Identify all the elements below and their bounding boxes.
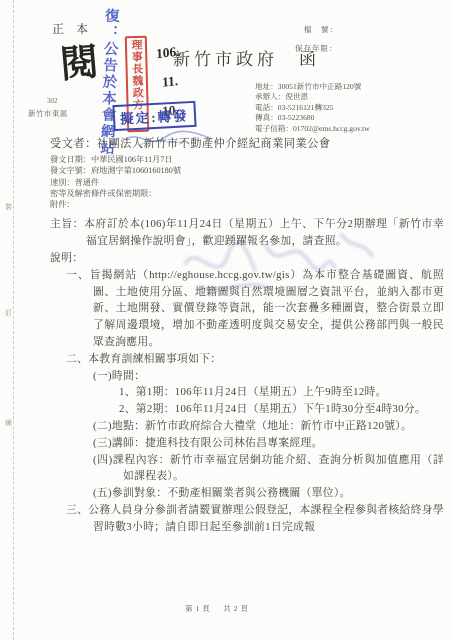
recipient-address-line: 新竹市東區	[28, 108, 68, 119]
doc-number-line: 發文字號：府地測字第1060160180號	[50, 165, 444, 176]
paragraph-label: (四)	[93, 454, 113, 466]
paragraph-label: 三、	[66, 504, 88, 516]
paragraph-label: 說明：	[50, 252, 83, 264]
binding-char: 線	[5, 418, 12, 428]
paragraph-label: 1、	[119, 386, 136, 398]
paragraph-text: 地點：新竹市政府綜合大禮堂（地址：新竹市中正路120號）。	[112, 420, 412, 432]
paragraph-label: (一)	[93, 370, 112, 382]
paragraph-text: 參訓對象：不動產相關業者與公務機關（單位）。	[112, 487, 351, 499]
file-number-label: 檔 號：	[295, 20, 338, 39]
paragraph-label: (五)	[93, 487, 112, 499]
issue-date-line: 發文日期：中華民國106年11月7日	[50, 154, 444, 165]
paragraph-label: 一、	[66, 269, 90, 281]
contact-email: 電子信箱：01702@ems.hccg.gov.tw	[255, 124, 370, 134]
paragraph-label: 二、	[66, 353, 88, 365]
speed-line: 速別：普通件	[50, 177, 444, 188]
letter-body: 主旨：本府訂於本(106)年11月24日（星期五）上午、下午分2期辦理「新竹市幸…	[50, 216, 444, 535]
paragraph-subitem: (三)講師：捷進科技有限公司林佑昌專案經理。	[93, 435, 444, 452]
handwritten-read-mark: 閱	[58, 30, 101, 88]
binding-char: 裝	[5, 202, 12, 212]
paragraph-subsubitem: 2、第2期：106年11月24日（星期五）下午1時30分至4時30分。	[119, 401, 444, 418]
chairman-stamp-text: 理事長魏政方	[128, 39, 146, 111]
contact-phone: 電話：03-5216121轉325	[255, 103, 370, 113]
security-line: 密等及解密條件或保密期限：	[50, 188, 444, 199]
binding-char: 訂	[5, 308, 12, 318]
paragraph-subitem: (四)課程內容：新竹市幸福宜居網功能介紹、查詢分析與加值應用（詳如課程表）。	[93, 452, 444, 486]
paragraph-text: 課程內容：新竹市幸福宜居網功能介紹、查詢分析與加值應用（詳如課程表）。	[113, 454, 444, 483]
page-footer: 第1頁 共2頁	[185, 603, 251, 614]
recipient-line: 受文者：社團法人新竹市不動產仲介經紀商業同業公會	[50, 135, 444, 151]
attachment-line: 附件：	[50, 199, 444, 210]
contact-block: 地址：30051新竹市中正路120號 承辦人：倪世恩 電話：03-5216121…	[255, 82, 370, 134]
paragraph-subitem: (一)時間：	[93, 368, 444, 385]
scanned-official-letter: 裝 訂 線 正本 閱 復：公告於本會網站 理事長魏政方 106. 11. 10.…	[0, 0, 452, 640]
document-title: 新竹市政府 函	[173, 45, 320, 70]
letter-content: 受文者：社團法人新竹市不動產仲介經紀商業同業公會 發文日期：中華民國106年11…	[50, 135, 444, 536]
date-line: 11.	[157, 66, 182, 98]
paragraph-item: 三、公務人員身分參訓者請覈實辦理公假登記，本課程全程參與者核給終身學習時數3小時…	[66, 502, 444, 536]
paragraph-subitem: (五)參訓對象：不動產相關業者與公務機關（單位）。	[93, 485, 444, 502]
paragraph-text: 講師：捷進科技有限公司林佑昌專案經理。	[112, 437, 323, 449]
paragraph-text: 公務人員身分參訓者請覈實辦理公假登記，本課程全程參與者核給終身學習時數3小時；請…	[88, 504, 444, 533]
paragraph-subject: 主旨：本府訂於本(106)年11月24日（星期五）上午、下午分2期辦理「新竹市幸…	[50, 216, 444, 250]
paragraph-label: 主旨：	[50, 218, 84, 230]
file-code: 302	[47, 97, 58, 105]
paragraph-text: 旨揭網站（http://eghouse.hccg.gov.tw/gis）為本市整…	[90, 269, 444, 348]
paragraph-text: 第2期：106年11月24日（星期五）下午1時30分至4時30分。	[136, 403, 426, 415]
paragraph-label: (二)	[93, 420, 112, 432]
paragraph-item: 一、旨揭網站（http://eghouse.hccg.gov.tw/gis）為本…	[66, 267, 444, 351]
contact-address: 地址：30051新竹市中正路120號	[255, 82, 370, 92]
paragraph-subitem: (二)地點：新竹市政府綜合大禮堂（地址：新竹市中正路120號）。	[93, 418, 444, 435]
paragraph-text: 時間：	[112, 370, 145, 382]
paragraph-explanation: 說明：	[50, 250, 444, 267]
paragraph-text: 本教育訓練相關事項如下：	[88, 353, 221, 365]
contact-officer: 承辦人：倪世恩	[255, 92, 370, 102]
paragraph-label: (三)	[93, 437, 112, 449]
paragraph-subsubitem: 1、第1期：106年11月24日（星期五）上午9時至12時。	[119, 384, 444, 401]
contact-fax: 傳真：03-5223680	[255, 113, 370, 123]
paragraph-text: 第1期：106年11月24日（星期五）上午9時至12時。	[136, 386, 387, 398]
paragraph-text: 本府訂於本(106)年11月24日（星期五）上午、下午分2期辦理「新竹市幸福宜居…	[84, 218, 444, 247]
paragraph-label: 2、	[119, 403, 136, 415]
paragraph-item: 二、本教育訓練相關事項如下：	[66, 351, 444, 368]
binding-line	[13, 0, 14, 640]
